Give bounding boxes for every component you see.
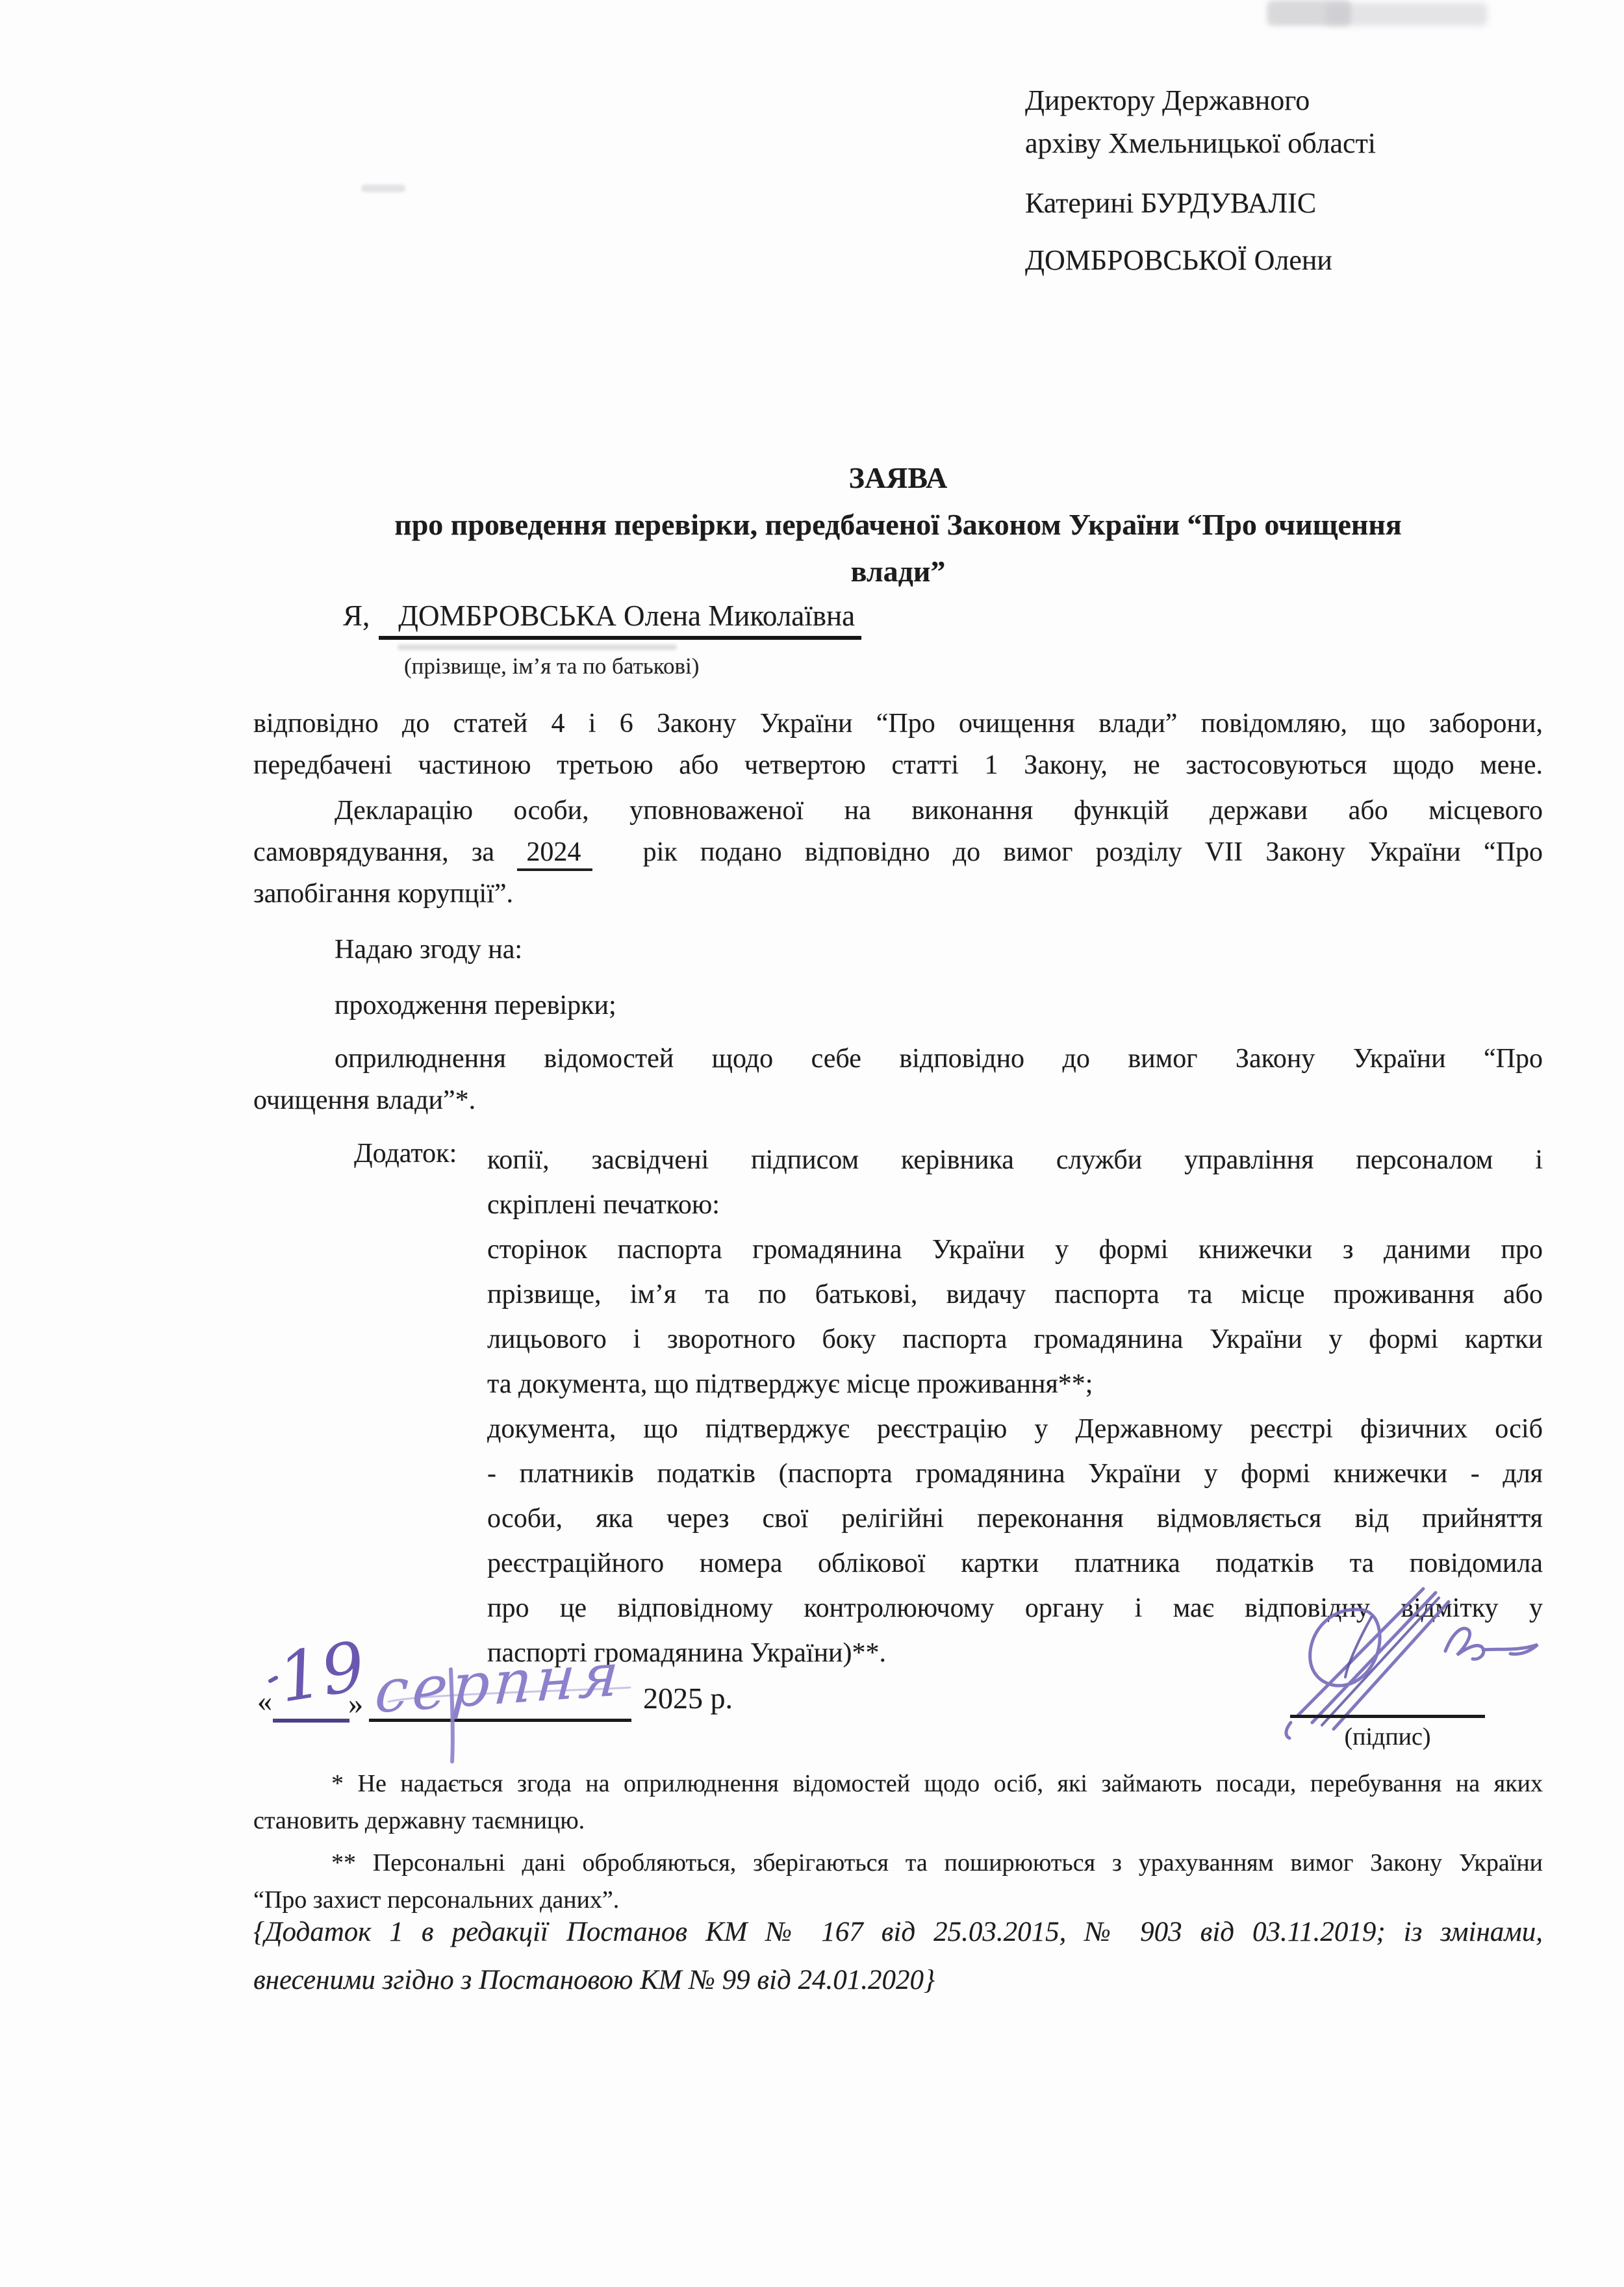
paragraph-line: запобігання корупції”. xyxy=(253,873,1543,915)
attachment-passport-pages: сторінок паспорта громадянина України у … xyxy=(487,1228,1543,1407)
declarant-line: Я,ДОМБРОВСЬКА Олена Миколаївна xyxy=(343,599,861,633)
paragraph-declaration: Декларацію особи, уповноваженої на викон… xyxy=(253,790,1543,915)
attachment-line: особи, яка через свої релігійні перекона… xyxy=(487,1497,1543,1541)
attachment-line: копії, засвідчені підписом керівника слу… xyxy=(487,1138,1543,1183)
date-quote-close: » xyxy=(348,1686,363,1721)
document-subtitle-line1: про проведення перевірки, передбаченої З… xyxy=(253,501,1543,548)
handwritten-month-value: серпня xyxy=(375,1639,625,1726)
declarant-pronoun: Я, xyxy=(343,600,370,632)
attachment-line: сторінок паспорта громадянина України у … xyxy=(487,1228,1543,1272)
scan-smudge-small xyxy=(361,184,405,192)
paragraph-line: передбачені частиною третьою або четверт… xyxy=(253,744,1543,786)
addressee-line: ДОМБРОВСЬКОЇ Олени xyxy=(1025,239,1519,282)
footnote-line: * Не надається згода на оприлюднення від… xyxy=(253,1765,1543,1802)
document-title: ЗАЯВА xyxy=(253,455,1543,501)
paragraph-line-with-year: самоврядування, за 2024 рік подано відпо… xyxy=(253,831,1543,873)
paragraph-line: Декларацію особи, уповноваженої на викон… xyxy=(253,790,1543,831)
amendment-line: внесеними згідно з Постановою КМ № 99 ві… xyxy=(253,1956,1543,2004)
footnote-secrecy: * Не надається згода на оприлюднення від… xyxy=(253,1765,1543,1839)
scanned-application-page: Директору Державного архіву Хмельницької… xyxy=(0,0,1624,2287)
consent-item-check: проходження перевірки; xyxy=(253,985,1543,1026)
paragraph-law-notice: відповідно до статей 4 і 6 Закону Україн… xyxy=(253,703,1543,786)
signature-caption: (підпис) xyxy=(1290,1723,1485,1751)
declarant-name: ДОМБРОВСЬКА Олена Миколаївна xyxy=(379,600,861,640)
declaration-year-value: 2024 xyxy=(517,837,592,871)
attachment-line: прізвище, ім’я та по батькові, видачу па… xyxy=(487,1272,1543,1317)
declaration-line-post: рік подано відповідно до вимог розділу V… xyxy=(643,837,1543,867)
signature-blank-line xyxy=(1290,1685,1485,1718)
scan-smudge-top-right-light xyxy=(1325,3,1488,26)
scan-ghost-underline xyxy=(398,644,677,650)
addressee-block: Директору Державного архіву Хмельницької… xyxy=(1025,79,1519,282)
attachment-copies-intro: копії, засвідчені підписом керівника слу… xyxy=(487,1138,1543,1228)
consent-intro-line: Надаю згоду на: xyxy=(253,929,1543,970)
footnote-line: ** Персональні дані обробляються, зберіг… xyxy=(253,1845,1543,1882)
consent-item-line: проходження перевірки; xyxy=(253,985,1543,1026)
date-year: 2025 р. xyxy=(643,1681,733,1715)
addressee-line: Директору Державного xyxy=(1025,79,1519,122)
amendment-line: {Додаток 1 в редакції Постанов КМ № 167 … xyxy=(253,1908,1543,1956)
attachment-line: - платників податків (паспорта громадяни… xyxy=(487,1452,1543,1497)
attachment-line: та документа, що підтверджує місце прожи… xyxy=(487,1362,1543,1407)
attachment-line: лицьового і зворотного боку паспорта гро… xyxy=(487,1317,1543,1362)
paragraph-line: відповідно до статей 4 і 6 Закону Україн… xyxy=(253,703,1543,744)
attachment-line: скріплені печаткою: xyxy=(487,1183,1543,1228)
addressee-line: архіву Хмельницької області xyxy=(1025,122,1519,165)
footnote-line: становить державну таємницю. xyxy=(253,1802,1543,1839)
declarant-caption: (прізвище, ім’я та по батькові) xyxy=(404,653,699,679)
consent-item-line: оприлюднення відомостей щодо себе відпов… xyxy=(253,1038,1543,1080)
consent-item-publication: оприлюднення відомостей щодо себе відпов… xyxy=(253,1038,1543,1121)
attachment-label: Додаток: xyxy=(354,1138,457,1169)
amendment-note: {Додаток 1 в редакції Постанов КМ № 167 … xyxy=(253,1908,1543,2004)
document-title-block: ЗАЯВА про проведення перевірки, передбач… xyxy=(253,455,1543,595)
consent-intro: Надаю згоду на: xyxy=(253,929,1543,970)
consent-item-line: очищення влади”*. xyxy=(253,1080,1543,1121)
declaration-line-pre: самоврядування, за xyxy=(253,837,494,867)
attachment-line: документа, що підтверджує реєстрацію у Д… xyxy=(487,1407,1543,1452)
addressee-line: Катерині БУРДУВАЛІС xyxy=(1025,182,1519,225)
document-subtitle-line2: влади” xyxy=(253,548,1543,595)
footnote-personal-data: ** Персональні дані обробляються, зберіг… xyxy=(253,1845,1543,1919)
handwritten-month: серпня xyxy=(375,1604,655,1773)
